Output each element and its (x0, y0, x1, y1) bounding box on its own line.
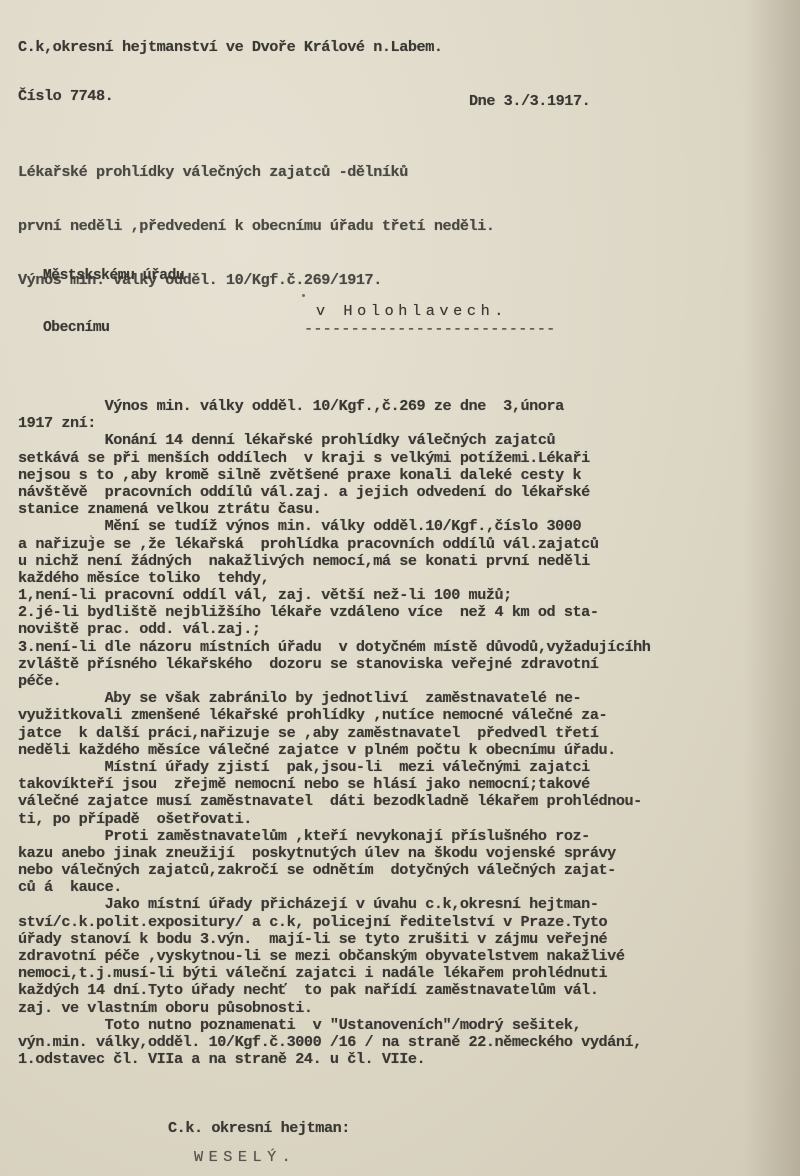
recipient-block: Městskskému úřadu Obecnímu (43, 234, 184, 370)
body-line: kazu anebo jinak zneužijí poskytnutých ú… (18, 845, 650, 862)
body-line: 1,není-li pracovní oddíl vál, zaj. větší… (18, 587, 650, 604)
body-line: Místní úřady zjistí pak,jsou-li mezi vál… (18, 759, 650, 776)
body-line: takovíkteří jsou zřejmě nemocní nebo se … (18, 776, 650, 793)
body-line: Konání 14 denní lékařské prohlídky váleč… (18, 432, 650, 449)
body-line: a nařizuje se ,že lékařská prohlídka pra… (18, 536, 650, 553)
ink-speck (302, 294, 305, 297)
body-line: Proti zaměstnavatelům ,kteří nevykonají … (18, 828, 650, 845)
body-line: u nichž není žádných nakažlivých nemocí,… (18, 553, 650, 570)
body-line: Výnos min. války odděl. 10/Kgf.,č.269 ze… (18, 398, 650, 415)
body-line: 1.odstavec čl. VIIa a na straně 24. u čl… (18, 1051, 650, 1068)
subject-line: Lékařské prohlídky válečných zajatců -dě… (18, 163, 495, 181)
body-line: noviště prac. odd. vál.zaj.; (18, 621, 650, 638)
body-line: zaj. ve vlastním oboru působnosti. (18, 1000, 650, 1017)
recipient-place: v Holohlavech. (316, 302, 508, 320)
body-line: ců á kauce. (18, 879, 650, 896)
body-line: zvláště přísného lékařského dozoru se st… (18, 656, 650, 673)
body-line: péče. (18, 673, 650, 690)
body-line: setkává se při menších oddílech v kraji … (18, 450, 650, 467)
body-line: 2.jé-li bydliště nejbližšího lékaře vzdá… (18, 604, 650, 621)
body-line: Mění se tudíž výnos min. války odděl.10/… (18, 518, 650, 535)
body-text: Výnos min. války odděl. 10/Kgf.,č.269 ze… (18, 398, 650, 1068)
recipient-line: Městskskému úřadu (43, 266, 184, 286)
body-line: ství/c.k.polit.expositury/ a c.k, police… (18, 914, 650, 931)
body-line: válečné zajatce musí zaměstnavatel dáti … (18, 793, 650, 810)
signature-name: WESELÝ. (194, 1148, 296, 1166)
body-line: nejsou s to ,aby kromě silně zvětšené pr… (18, 467, 650, 484)
body-line: zdravotní péče ,vyskytnou-li se mezi obč… (18, 948, 650, 965)
body-line: Aby se však zabránilo by jednotliví zamě… (18, 690, 650, 707)
recipient-line: Obecnímu (43, 318, 184, 338)
signature-title: C.k. okresní hejtman: (168, 1119, 350, 1137)
body-line: každého měsíce toliko tehdy, (18, 570, 650, 587)
ink-speck (90, 535, 92, 537)
body-line: úřady stanoví k bodu 3.výn. mají-li se t… (18, 931, 650, 948)
body-line: Toto nutno poznamenati v "Ustanoveních"/… (18, 1017, 650, 1034)
place-underline: --------------------------- (304, 320, 555, 338)
body-line: neděli každého měsíce válečné zajatce v … (18, 742, 650, 759)
body-line: 3.není-li dle názoru místních úřadu v do… (18, 639, 650, 656)
paper-sheet: C.k,okresní hejtmanství ve Dvoře Králové… (0, 0, 800, 1176)
body-line: jatce k další práci,nařizuje se ,aby zam… (18, 725, 650, 742)
body-line: Jako místní úřady přicházejí v úvahu c.k… (18, 896, 650, 913)
body-line: návštěvě pracovních oddílů vál.zaj. a je… (18, 484, 650, 501)
document-date: Dne 3./3.1917. (469, 92, 590, 110)
subject-line: první neděli ,předvedení k obecnímu úřad… (18, 217, 495, 235)
body-line: výn.min. války,odděl. 10/Kgf.č.3000 /16 … (18, 1034, 650, 1051)
body-line: každých 14 dní.Tyto úřady nechť to pak n… (18, 982, 650, 999)
reference-number: Číslo 7748. (18, 87, 113, 105)
body-line: ti, po případě ošetřovati. (18, 811, 650, 828)
body-line: nemoci,t.j.musí-li býti váleční zajatci … (18, 965, 650, 982)
body-line: nebo válečných zajatců,zakročí se odnětí… (18, 862, 650, 879)
issuing-office: C.k,okresní hejtmanství ve Dvoře Králové… (18, 38, 443, 56)
body-line: stanice znamená velkou ztrátu času. (18, 501, 650, 518)
body-line: 1917 zní: (18, 415, 650, 432)
body-line: využitkovali zmenšené lékařské prohlídky… (18, 707, 650, 724)
